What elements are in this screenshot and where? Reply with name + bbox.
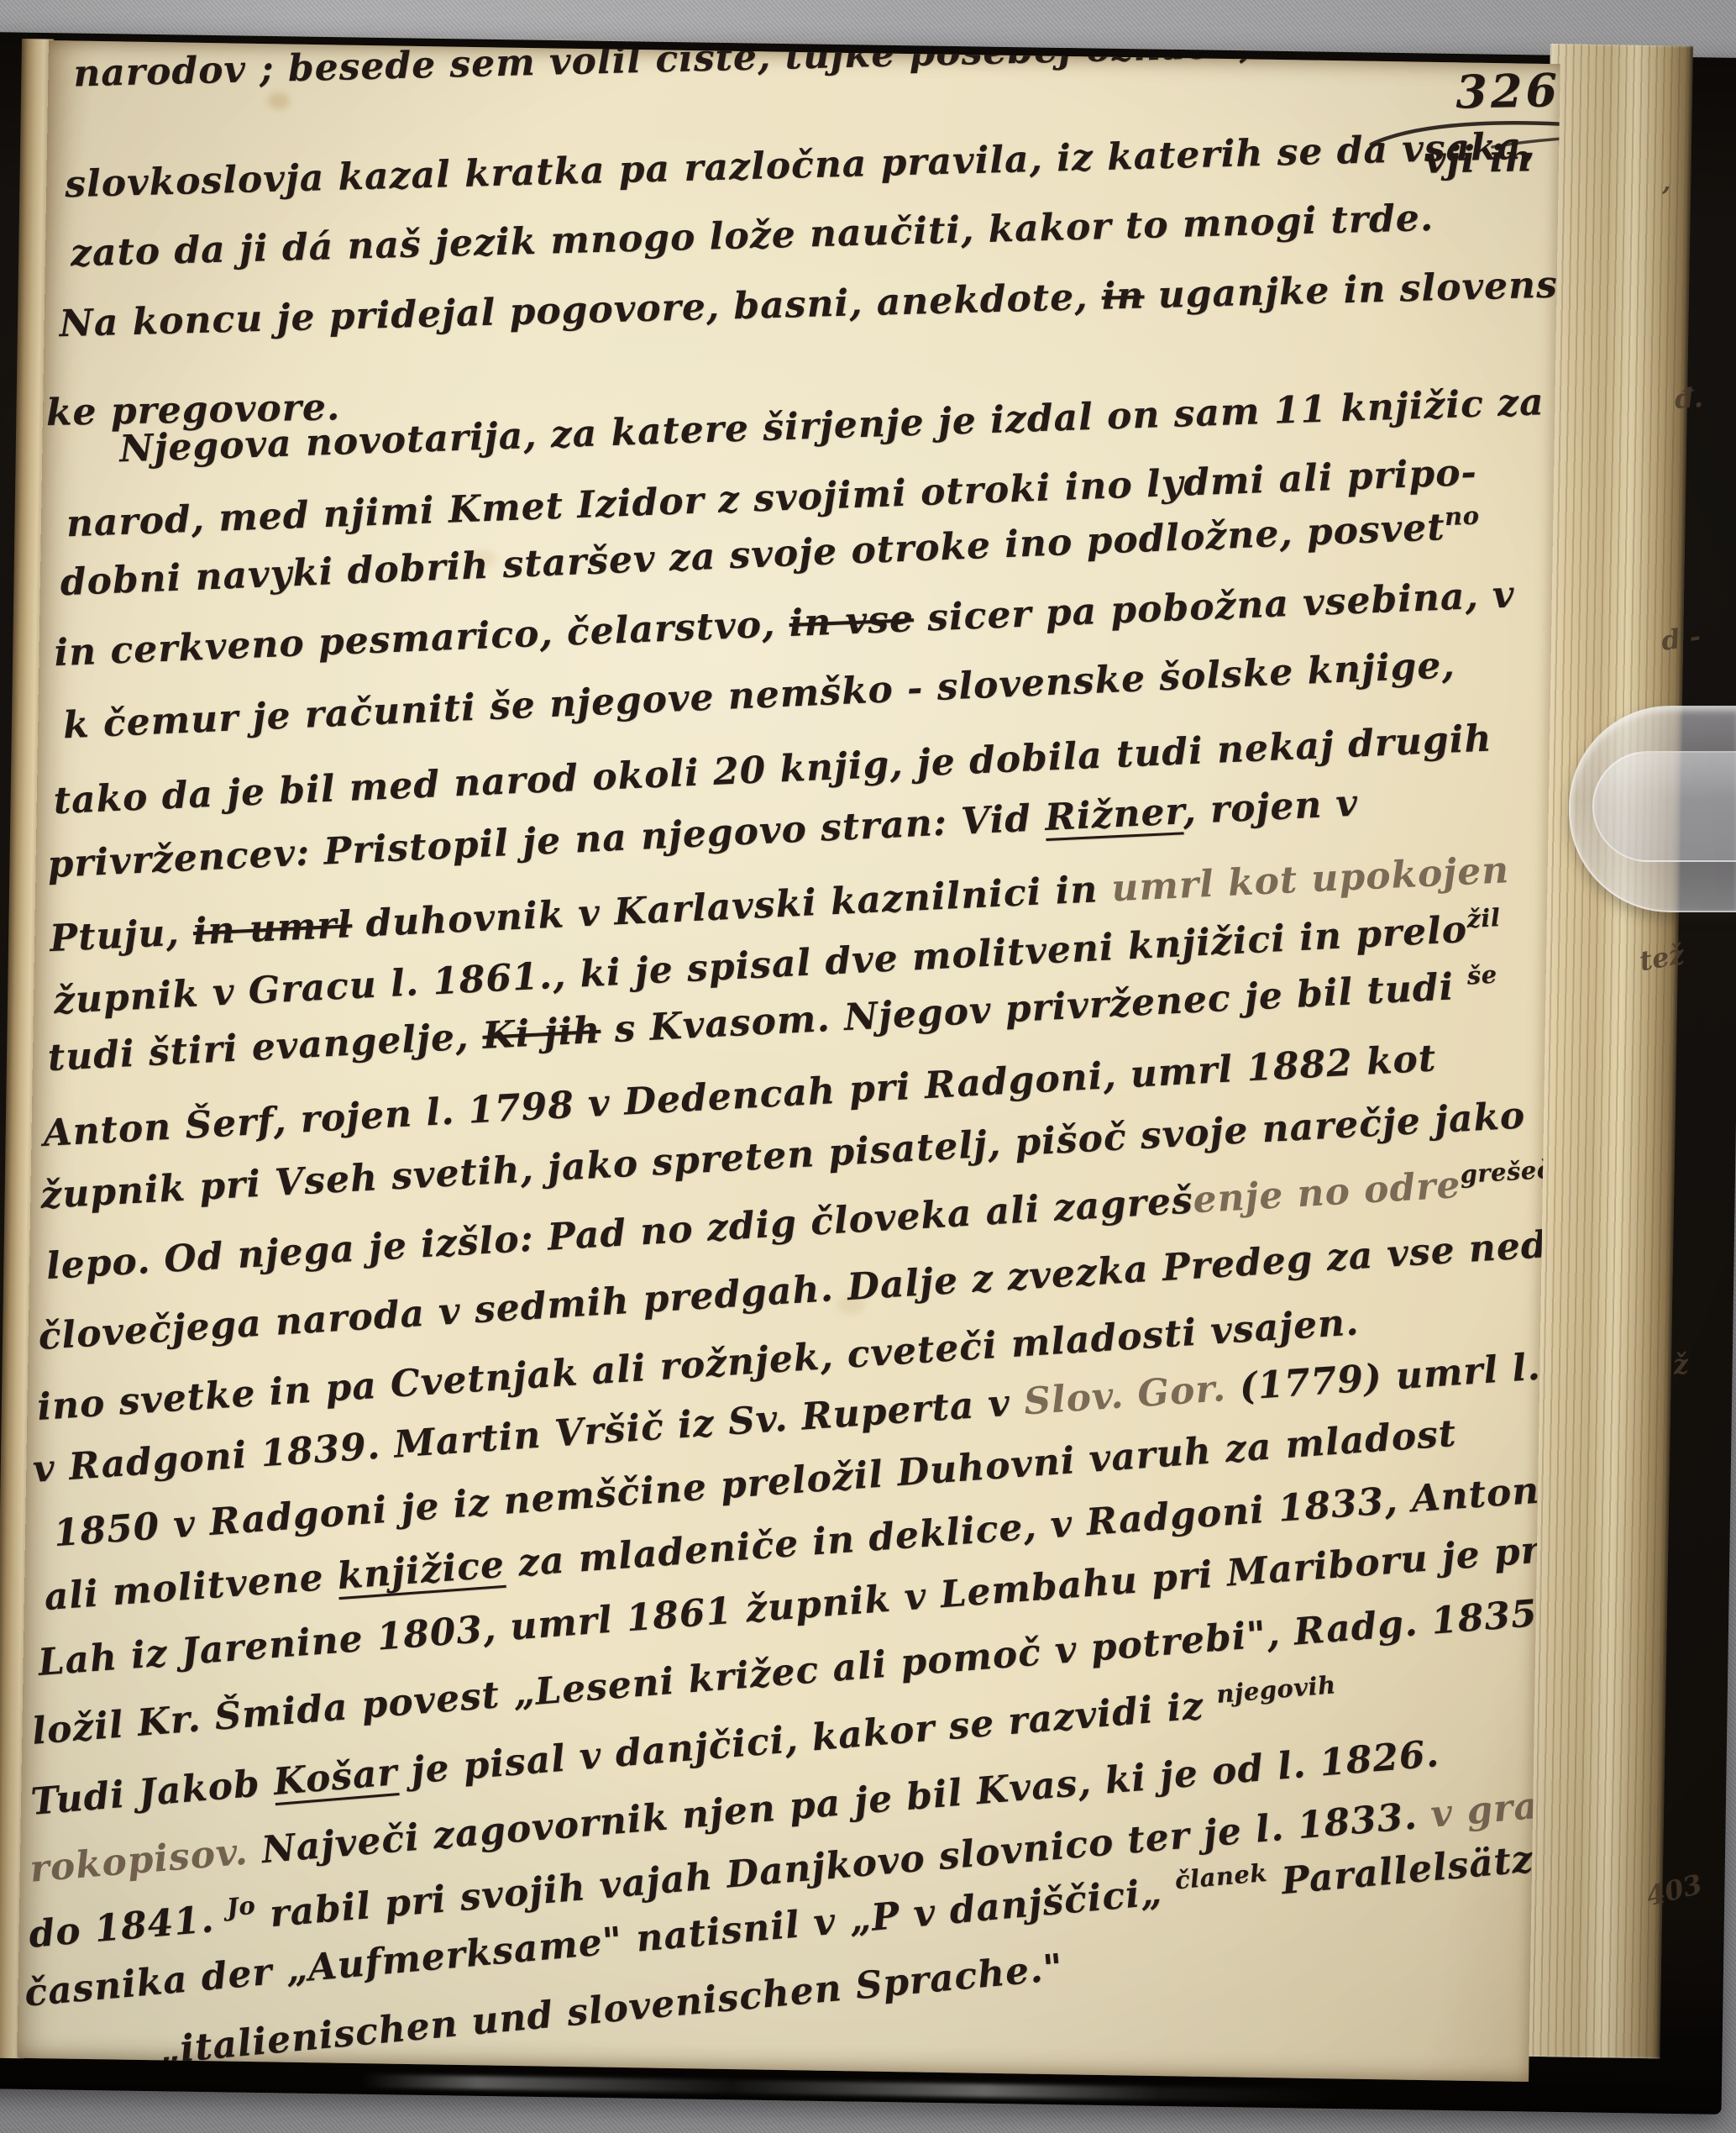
paper-stain	[268, 92, 290, 109]
text-segment: in	[1101, 274, 1145, 318]
text-segment: še	[1466, 960, 1497, 990]
text-segment: umrl kot upokojen	[1110, 848, 1510, 910]
manuscript-line-5: Na koncu je pridejal pogovore, basni, an…	[59, 263, 1560, 347]
text-segment: in umrl	[192, 903, 354, 954]
text-segment: Slov. Gor.	[1022, 1367, 1227, 1423]
text-segment: sicer pa pobožna vsebina, v	[913, 573, 1516, 640]
text-segment: Jo	[226, 1891, 257, 1922]
text-segment: Košar	[272, 1751, 400, 1804]
text-segment: uganjke in slovens-	[1144, 263, 1560, 317]
page-number-underline-flourish	[1366, 108, 1560, 155]
page-number: 326	[1455, 67, 1560, 114]
text-segment: enje no odre	[1192, 1164, 1462, 1221]
text-segment: Tudi Jakob	[29, 1761, 275, 1824]
text-segment: rokopisov.	[29, 1831, 250, 1891]
text-segment: njegovih	[1215, 1670, 1337, 1709]
text-segment: no	[1444, 501, 1480, 531]
manuscript-line-4: zato da ji dá naš jezik mnogo lože nauči…	[70, 197, 1434, 276]
text-segment: Rižner	[1044, 790, 1183, 839]
text-segment: in cerkveno pesmarico, čelarstvo,	[53, 602, 789, 675]
manuscript-page: 326 narodov ; besede sem volil čiste, tu…	[17, 40, 1560, 2082]
text-segment: in vse	[789, 597, 915, 645]
text-segment: Na koncu je pridejal pogovore, basni, an…	[59, 276, 1102, 345]
text-segment: žil	[1466, 903, 1501, 933]
text-segment: ali molitvene	[43, 1555, 339, 1619]
text-segment: tudi štiri evangelje,	[47, 1015, 484, 1080]
text-segment: do 1841.	[27, 1897, 229, 1957]
text-segment: (1779) umrl l.	[1225, 1346, 1542, 1410]
text-segment: članek	[1173, 1858, 1268, 1895]
text-segment: zato da ji dá naš jezik mnogo lože nauči…	[70, 197, 1434, 275]
text-segment: Ki jih	[481, 1009, 601, 1058]
text-segment: knjižice	[336, 1543, 506, 1598]
text-segment: slovkoslovja kazal kratka pa razločna pr…	[65, 124, 1536, 206]
text-segment: , rojen v	[1182, 782, 1359, 833]
manuscript-line-3: slovkoslovja kazal kratka pa razločna pr…	[65, 124, 1536, 208]
text-segment: Ptuju,	[49, 911, 194, 960]
page-holder-clasp-inner	[1592, 751, 1736, 862]
